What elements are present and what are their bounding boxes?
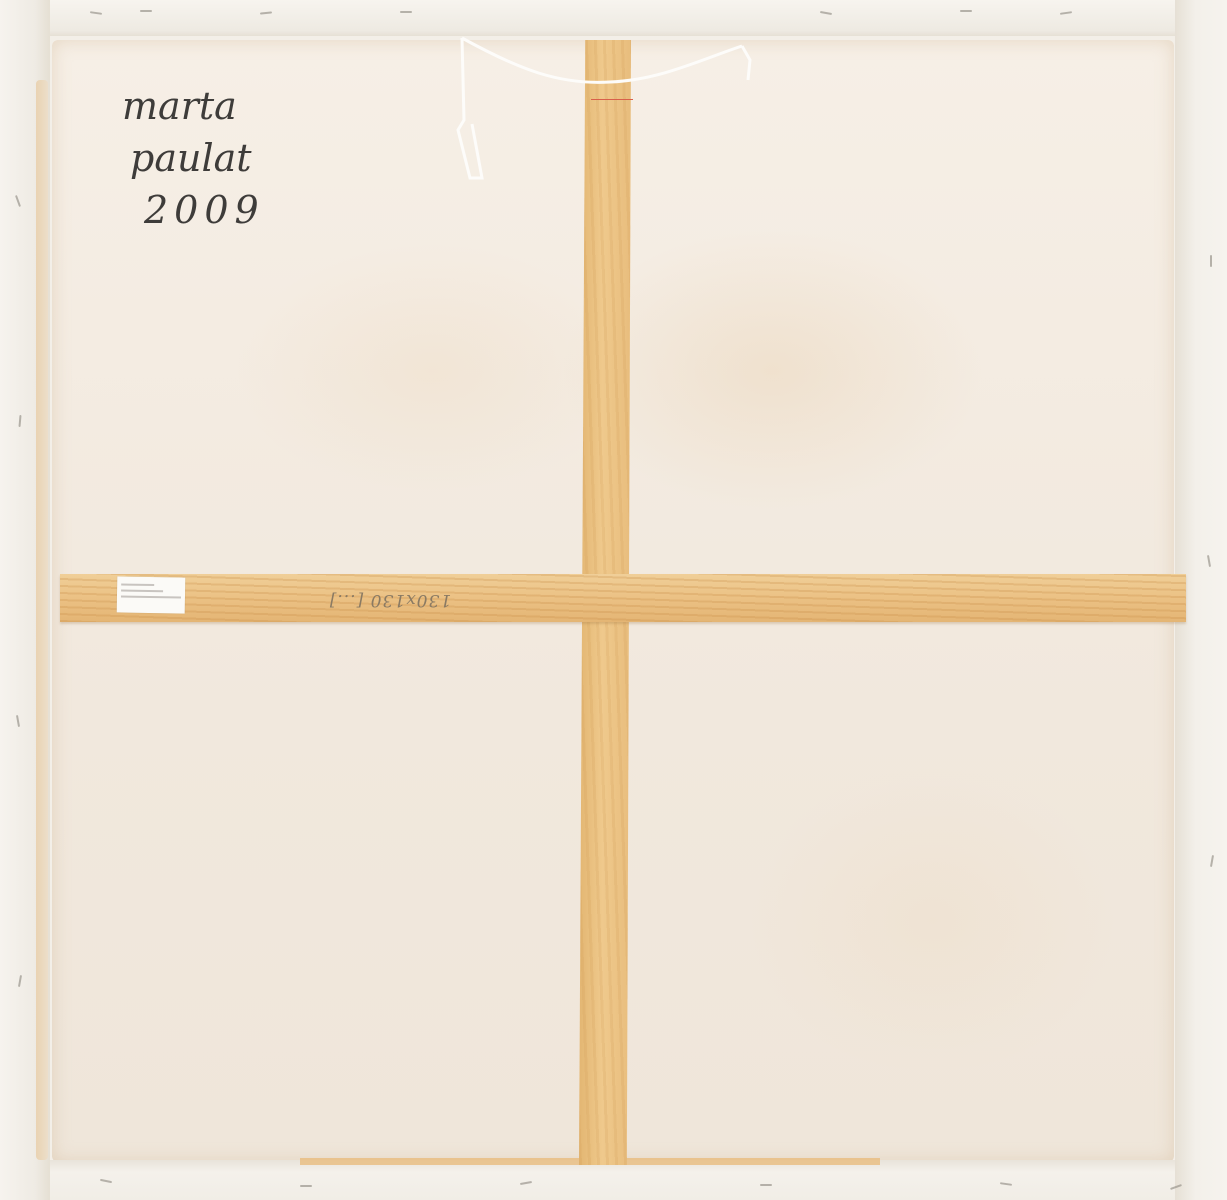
- crossbar-handwriting: 130x130 [...]: [290, 588, 490, 610]
- staple-mark: [1210, 255, 1212, 267]
- label-text-line: [121, 583, 154, 586]
- handwritten-signature: marta paulat 2009: [122, 80, 302, 236]
- staple-mark: [760, 1184, 772, 1186]
- label-text-line: [121, 589, 163, 592]
- signature-name-last: paulat: [130, 132, 302, 184]
- canvas-back-photo: 130x130 [...] marta paulat 2009: [0, 0, 1227, 1200]
- canvas-fold-bottom: [0, 1160, 1227, 1200]
- sticker-label: [117, 576, 186, 613]
- label-text-line: [121, 595, 181, 598]
- signature-name-first: marta: [122, 80, 302, 132]
- horizontal-stretcher-bar: [60, 574, 1186, 622]
- staple-mark: [300, 1185, 312, 1187]
- stretcher-edge-left: [36, 80, 48, 1160]
- signature-year: 2009: [144, 184, 302, 236]
